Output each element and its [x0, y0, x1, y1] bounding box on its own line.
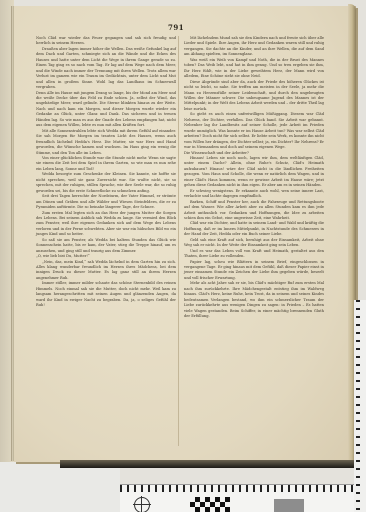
page-bottom-shadow: [60, 460, 356, 468]
paragraph: Zum ersten Mal legten sich an das Herz d…: [36, 211, 176, 238]
vertical-scale-ruler: [354, 300, 366, 512]
paragraph: Was weiß ein Weib von Kampf und Noth, di…: [184, 58, 324, 80]
column-divider: [178, 36, 179, 446]
book-spine: [11, 6, 14, 461]
background-paper: [0, 462, 120, 512]
right-text-column: Mit lächelndem Mund sah sie den Kindern …: [184, 36, 324, 320]
page-number: 791: [168, 23, 184, 32]
paragraph: „Nein, das, mein Kind,“ sah Wedda lächel…: [36, 260, 176, 282]
gray-color-patch: [274, 499, 304, 512]
paragraph: Hinaus! Leben sie noch noch, lagen wir i…: [184, 156, 324, 189]
paragraph: Immer stiller, immer milder schaute das …: [36, 281, 176, 308]
crosshair-target-icon: [134, 497, 150, 512]
paragraph: Papier lag, scheu wie Blättern in seinem…: [184, 260, 324, 282]
left-text-column: Noch Cläd war wieder das Feuer gegangen …: [36, 36, 176, 309]
paragraph: Noch Cläd war wieder das Feuer gegangen …: [36, 36, 176, 47]
paragraph: Mit alle Sonnenstrahlen lebte sich Wedda…: [36, 129, 176, 156]
paragraph: Und es war das Leben voll von Kraft und …: [184, 249, 324, 260]
paragraph: Er schwieg wenigstens. Er erkannte auch …: [184, 189, 324, 200]
paragraph: So saß sie am Fenster, als Wedda bei kal…: [36, 238, 176, 254]
paragraph: Wedda besorgte zum Geschenke der Kleinen…: [36, 172, 176, 194]
paragraph: So giebt es auch einen unfreiwilligen Mü…: [184, 112, 324, 150]
paragraph: Cläd war ein Dichter, und hatte in seine…: [184, 221, 324, 237]
paragraph: Mehr als acht Jahre sah er sie, bis Cläd…: [184, 281, 324, 319]
paragraph: Diese Abgründe sind aber da, auch der Fr…: [184, 80, 324, 113]
paragraph: Seit drei Tagen herrschte der Nordsturm,…: [36, 194, 176, 210]
scale-ruler: [120, 484, 356, 512]
paragraph: Denn Alle im Hause mit jungem Drang so l…: [36, 91, 176, 129]
paragraph: Draußen aber lagen immer höher die Welle…: [36, 47, 176, 91]
paragraph: Geld sah eine Kraft auf sich, beruhigt a…: [184, 238, 324, 249]
paragraph: Von einer glücklichen Stunde war die Stu…: [36, 156, 176, 172]
paragraph: Barken, Schiff und Fenster her, auch die…: [184, 200, 324, 222]
checkerboard-color-target: [190, 497, 230, 512]
ruler-ticks: [120, 485, 356, 492]
paragraph: Mit lächelndem Mund sah sie den Kindern …: [184, 36, 324, 58]
